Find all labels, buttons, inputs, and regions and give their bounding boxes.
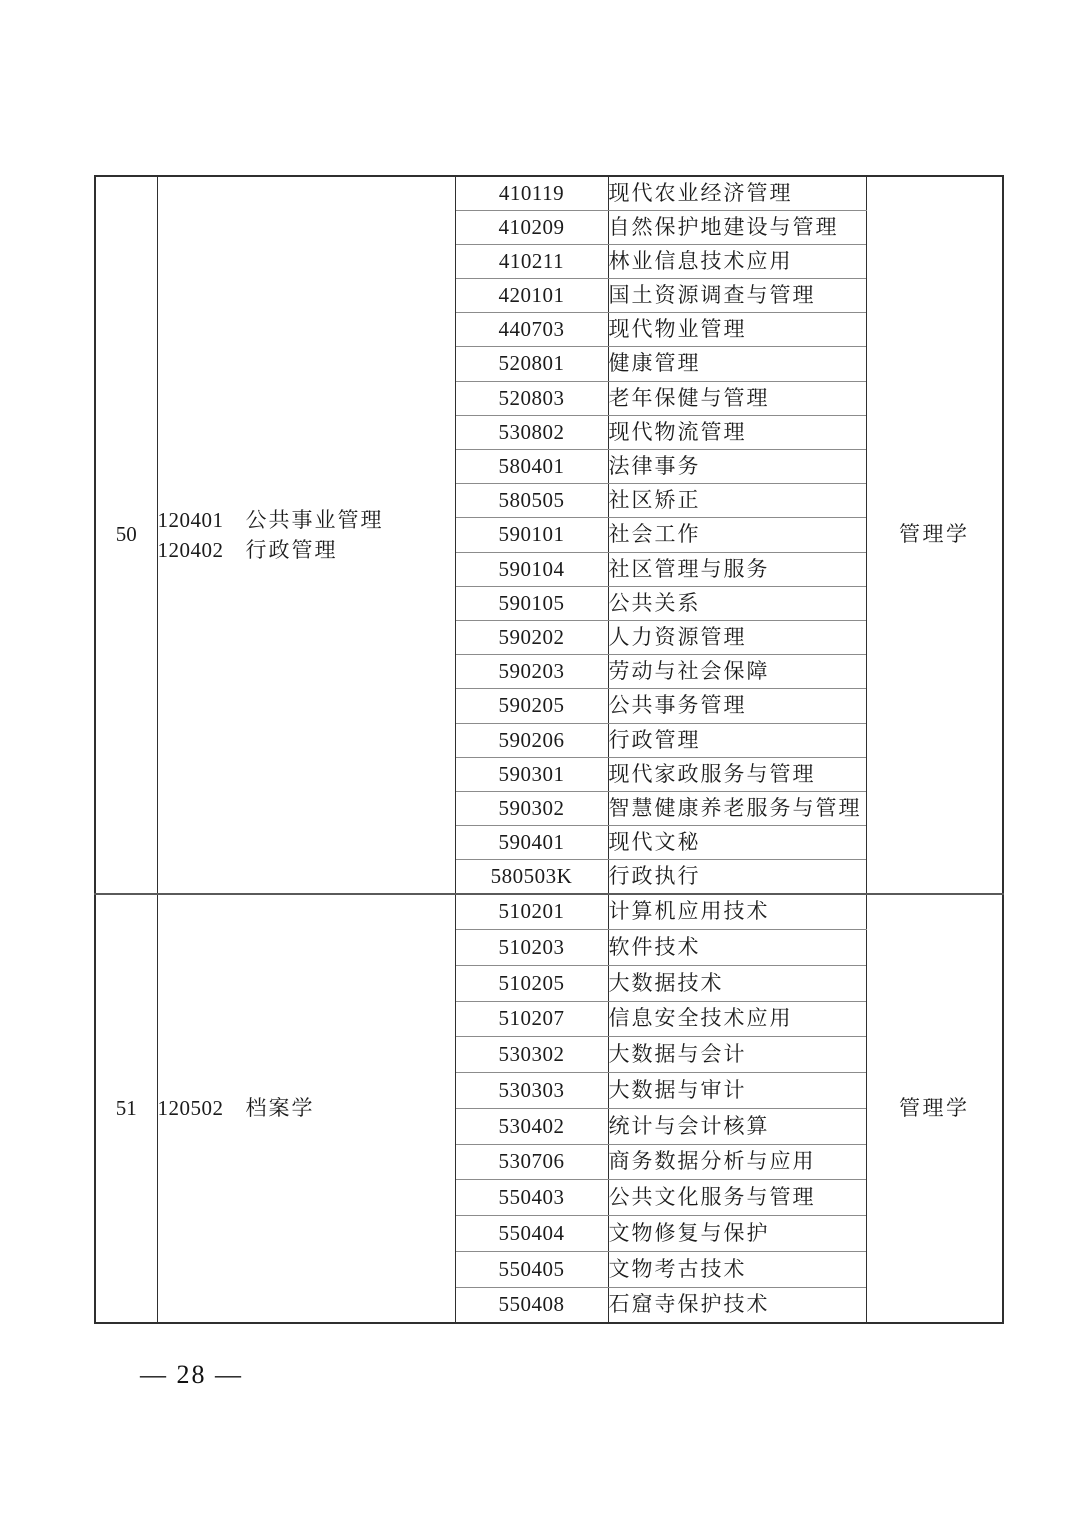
vocational-major-name-cell: 信息安全技术应用 xyxy=(608,1001,866,1037)
vocational-major-code-cell: 550405 xyxy=(455,1251,608,1287)
undergraduate-major-name: 公共事业管理 xyxy=(246,508,384,532)
vocational-major-code-cell: 530302 xyxy=(455,1037,608,1073)
vocational-major-name-cell: 国土资源调查与管理 xyxy=(608,279,866,313)
undergraduate-major-cell: 120401公共事业管理120402行政管理 xyxy=(157,176,455,894)
major-mapping-table: 50120401公共事业管理120402行政管理410119现代农业经济管理管理… xyxy=(94,175,1004,1324)
vocational-major-name-cell: 计算机应用技术 xyxy=(608,894,866,930)
vocational-major-name-cell: 现代物业管理 xyxy=(608,313,866,347)
vocational-major-name-cell: 商务数据分析与应用 xyxy=(608,1144,866,1180)
table-row: 51120502档案学510201计算机应用技术管理学 xyxy=(95,894,1003,930)
vocational-major-code-cell: 590202 xyxy=(455,620,608,654)
row-index-cell: 50 xyxy=(95,176,157,894)
vocational-major-name-cell: 智慧健康养老服务与管理 xyxy=(608,791,866,825)
vocational-major-code-cell: 590203 xyxy=(455,655,608,689)
vocational-major-code-cell: 590302 xyxy=(455,791,608,825)
discipline-category-cell: 管理学 xyxy=(866,894,1003,1323)
vocational-major-name-cell: 软件技术 xyxy=(608,930,866,966)
vocational-major-name-cell: 林业信息技术应用 xyxy=(608,244,866,278)
vocational-major-name-cell: 自然保护地建设与管理 xyxy=(608,210,866,244)
vocational-major-name-cell: 大数据技术 xyxy=(608,965,866,1001)
vocational-major-code-cell: 590401 xyxy=(455,826,608,860)
vocational-major-name-cell: 文物考古技术 xyxy=(608,1251,866,1287)
vocational-major-name-cell: 社会工作 xyxy=(608,518,866,552)
vocational-major-name-cell: 行政管理 xyxy=(608,723,866,757)
vocational-major-name-cell: 公共事务管理 xyxy=(608,689,866,723)
vocational-major-name-cell: 文物修复与保护 xyxy=(608,1216,866,1252)
vocational-major-name-cell: 现代家政服务与管理 xyxy=(608,757,866,791)
vocational-major-code-cell: 410209 xyxy=(455,210,608,244)
undergraduate-major-cell: 120502档案学 xyxy=(157,894,455,1323)
undergraduate-major-line: 120502档案学 xyxy=(158,1093,455,1123)
vocational-major-name-cell: 法律事务 xyxy=(608,450,866,484)
vocational-major-code-cell: 580505 xyxy=(455,484,608,518)
vocational-major-code-cell: 590301 xyxy=(455,757,608,791)
vocational-major-name-cell: 现代物流管理 xyxy=(608,415,866,449)
vocational-major-name-cell: 老年保健与管理 xyxy=(608,381,866,415)
vocational-major-code-cell: 410119 xyxy=(455,176,608,210)
discipline-category-cell: 管理学 xyxy=(866,176,1003,894)
undergraduate-major-code: 120502 xyxy=(158,1096,224,1120)
vocational-major-name-cell: 石窟寺保护技术 xyxy=(608,1287,866,1323)
vocational-major-code-cell: 510201 xyxy=(455,894,608,930)
vocational-major-name-cell: 健康管理 xyxy=(608,347,866,381)
major-mapping-table-container: 50120401公共事业管理120402行政管理410119现代农业经济管理管理… xyxy=(94,175,1004,1324)
vocational-major-code-cell: 590205 xyxy=(455,689,608,723)
vocational-major-name-cell: 社区矫正 xyxy=(608,484,866,518)
vocational-major-code-cell: 510207 xyxy=(455,1001,608,1037)
vocational-major-name-cell: 行政执行 xyxy=(608,860,866,894)
undergraduate-major-code: 120401 xyxy=(158,508,224,532)
vocational-major-code-cell: 590104 xyxy=(455,552,608,586)
vocational-major-name-cell: 劳动与社会保障 xyxy=(608,655,866,689)
vocational-major-name-cell: 现代文秘 xyxy=(608,826,866,860)
table-body: 50120401公共事业管理120402行政管理410119现代农业经济管理管理… xyxy=(95,176,1003,1323)
vocational-major-code-cell: 520803 xyxy=(455,381,608,415)
vocational-major-code-cell: 510205 xyxy=(455,965,608,1001)
vocational-major-code-cell: 530402 xyxy=(455,1108,608,1144)
undergraduate-major-name: 行政管理 xyxy=(246,538,338,562)
vocational-major-name-cell: 大数据与会计 xyxy=(608,1037,866,1073)
vocational-major-name-cell: 现代农业经济管理 xyxy=(608,176,866,210)
vocational-major-name-cell: 公共关系 xyxy=(608,586,866,620)
vocational-major-code-cell: 550408 xyxy=(455,1287,608,1323)
vocational-major-code-cell: 530802 xyxy=(455,415,608,449)
vocational-major-name-cell: 统计与会计核算 xyxy=(608,1108,866,1144)
vocational-major-name-cell: 大数据与审计 xyxy=(608,1073,866,1109)
vocational-major-code-cell: 520801 xyxy=(455,347,608,381)
vocational-major-code-cell: 440703 xyxy=(455,313,608,347)
vocational-major-code-cell: 590206 xyxy=(455,723,608,757)
vocational-major-name-cell: 社区管理与服务 xyxy=(608,552,866,586)
undergraduate-major-name: 档案学 xyxy=(246,1096,315,1120)
vocational-major-code-cell: 410211 xyxy=(455,244,608,278)
vocational-major-code-cell: 530706 xyxy=(455,1144,608,1180)
undergraduate-major-line: 120401公共事业管理 xyxy=(158,505,455,535)
vocational-major-code-cell: 580401 xyxy=(455,450,608,484)
vocational-major-name-cell: 人力资源管理 xyxy=(608,620,866,654)
vocational-major-code-cell: 580503K xyxy=(455,860,608,894)
vocational-major-code-cell: 550404 xyxy=(455,1216,608,1252)
vocational-major-name-cell: 公共文化服务与管理 xyxy=(608,1180,866,1216)
page-number: — 28 — xyxy=(140,1360,243,1390)
row-index-cell: 51 xyxy=(95,894,157,1323)
undergraduate-major-code: 120402 xyxy=(158,538,224,562)
vocational-major-code-cell: 550403 xyxy=(455,1180,608,1216)
vocational-major-code-cell: 590101 xyxy=(455,518,608,552)
vocational-major-code-cell: 530303 xyxy=(455,1073,608,1109)
vocational-major-code-cell: 590105 xyxy=(455,586,608,620)
vocational-major-code-cell: 420101 xyxy=(455,279,608,313)
undergraduate-major-line: 120402行政管理 xyxy=(158,535,455,565)
vocational-major-code-cell: 510203 xyxy=(455,930,608,966)
table-row: 50120401公共事业管理120402行政管理410119现代农业经济管理管理… xyxy=(95,176,1003,210)
